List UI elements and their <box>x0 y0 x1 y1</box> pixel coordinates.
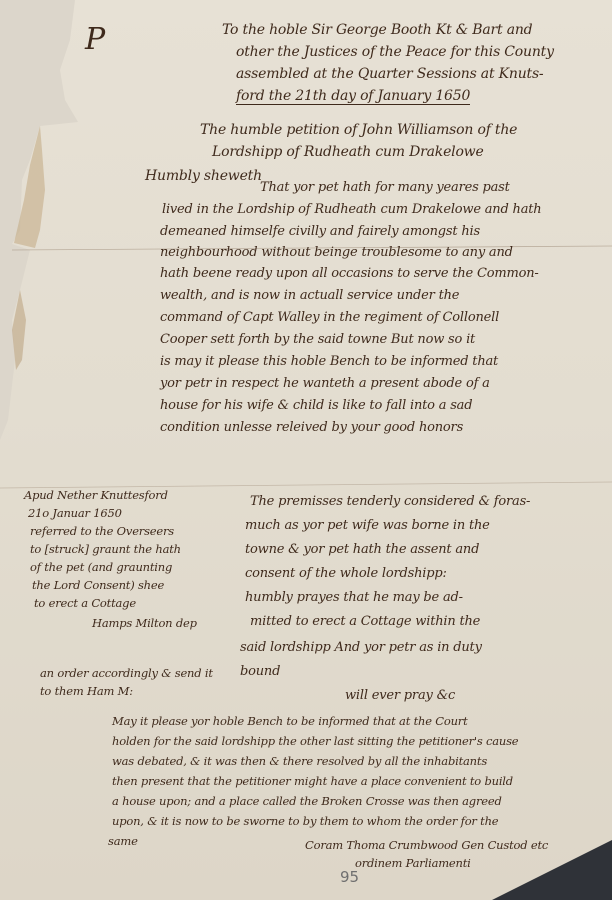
body-line: That yor pet hath for many yeares past <box>260 180 510 195</box>
margin-note-line: the Lord Consent) shee <box>32 578 164 592</box>
body-line: lived in the Lordship of Rudheath cum Dr… <box>162 202 541 217</box>
body-line: hath beene ready upon all occasions to s… <box>160 266 539 281</box>
body-line: neighbourhood without beinge troublesome… <box>160 245 513 260</box>
body-line: condition unlesse releived by your good … <box>160 420 463 435</box>
body-line: is may it please this hoble Bench to be … <box>160 354 498 369</box>
later-note-line: then present that the petitioner might h… <box>112 774 513 788</box>
margin-note-line: of the pet (and graunting <box>30 560 172 574</box>
margin-note-line: Apud Nether Knuttesford <box>24 488 168 502</box>
body-line: house for his wife & child is like to fa… <box>160 398 472 413</box>
order-note-line: an order accordingly & send it <box>40 666 213 680</box>
address-line: ford the 21th day of January 1650 <box>236 88 470 105</box>
later-note-line: was debated, & it was then & there resol… <box>112 754 487 768</box>
manuscript-page: P To the hoble Sir George Booth Kt & Bar… <box>0 0 612 900</box>
address-line: assembled at the Quarter Sessions at Knu… <box>236 66 543 82</box>
margin-note-line: to [struck] graunt the hath <box>30 542 181 556</box>
later-note-line: same <box>108 834 138 848</box>
later-note-line: holden for the said lordshipp the other … <box>112 734 518 748</box>
body-continued-line: mitted to erect a Cottage within the <box>250 614 480 629</box>
address-line: To the hoble Sir George Booth Kt & Bart … <box>222 22 532 38</box>
later-note-line: upon, & it is now to be sworne to by the… <box>112 814 498 828</box>
body-line: wealth, and is now in actuall service un… <box>160 288 459 303</box>
body-line: yor petr in respect he wanteth a present… <box>160 376 490 391</box>
backing-corner <box>492 840 612 900</box>
address-line: other the Justices of the Peace for this… <box>236 44 554 60</box>
body-lead: Humbly sheweth <box>145 168 262 184</box>
margin-note-line: to erect a Cottage <box>34 596 136 610</box>
corner-mark: P <box>85 22 105 57</box>
body-continued-line: The premisses tenderly considered & fora… <box>250 494 530 509</box>
body-line: command of Capt Walley in the regiment o… <box>160 310 499 325</box>
body-continued-line: towne & yor pet hath the assent and <box>245 542 479 557</box>
margin-note-line: 21o Januar 1650 <box>28 506 122 520</box>
later-note-line: May it please yor hoble Bench to be info… <box>112 714 468 728</box>
later-note-line: a house upon; and a place called the Bro… <box>112 794 502 808</box>
petition-title: The humble petition of John Williamson o… <box>200 122 517 138</box>
body-continued-line: bound <box>240 664 280 679</box>
body-line: demeaned himselfe civilly and fairely am… <box>160 224 480 239</box>
folio-number: 95 <box>340 868 359 886</box>
petition-title: Lordshipp of Rudheath cum Drakelowe <box>212 144 484 160</box>
margin-note-line: referred to the Overseers <box>30 524 174 538</box>
body-continued-line: said lordshipp And yor petr as in duty <box>240 640 482 655</box>
body-continued-line: consent of the whole lordshipp: <box>245 566 447 581</box>
closing-line: will ever pray &c <box>345 688 455 703</box>
order-note-line: to them Ham M: <box>40 684 133 698</box>
margin-signature: Hamps Milton dep <box>92 616 197 630</box>
body-line: Cooper sett forth by the said towne But … <box>160 332 475 347</box>
body-continued-line: much as yor pet wife was borne in the <box>245 518 490 533</box>
signature-line: ordinem Parliamenti <box>355 856 471 870</box>
body-continued-line: humbly prayes that he may be ad- <box>245 590 463 605</box>
